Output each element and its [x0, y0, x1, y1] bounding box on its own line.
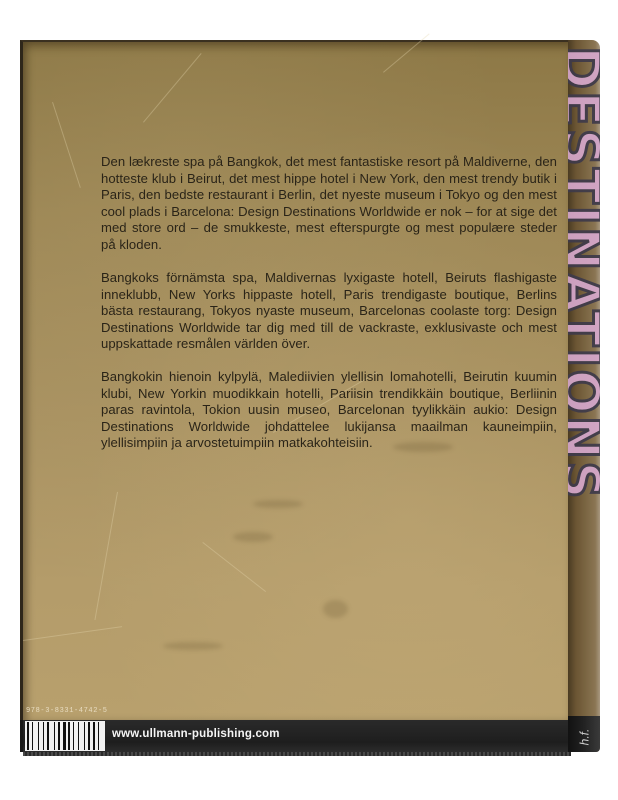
isbn-number: 978-3-8331-4742-5 [26, 707, 108, 715]
spine: DESTINATIONS h.f. [568, 40, 600, 752]
blurb-danish: Den lækreste spa på Bangkok, det mest fa… [101, 154, 557, 254]
barcode-bar [30, 722, 31, 750]
barcode-bar [71, 722, 72, 750]
scratch-mark [202, 542, 266, 592]
barcode-bar [86, 722, 87, 750]
barcode-bar [47, 722, 49, 750]
barcode-bar [96, 722, 97, 750]
barcode-bar [73, 722, 74, 750]
barcode-bar [91, 722, 92, 750]
spine-publisher-logo: h.f. [577, 729, 591, 746]
barcode-bar [58, 722, 60, 750]
blurb-swedish: Bangkoks förnämsta spa, Maldivernas lyxi… [101, 270, 557, 353]
barcode-bar [34, 722, 37, 750]
scratch-mark [23, 626, 122, 641]
barcode-bar [80, 722, 83, 750]
barcode-bar [40, 722, 42, 750]
cover-surface: Den lækreste spa på Bangkok, det mest fa… [20, 40, 571, 722]
smudge-mark [253, 500, 303, 508]
barcode-bar [32, 722, 33, 750]
barcode-bar [38, 722, 39, 750]
book-back-cover: Den lækreste spa på Bangkok, det mest fa… [20, 40, 600, 758]
barcode-bar [56, 722, 57, 750]
barcode-bar [75, 722, 77, 750]
barcode-bar [67, 722, 68, 750]
barcode-bar [93, 722, 95, 750]
barcode-bar [43, 722, 44, 750]
blurb-finnish: Bangkokin hienoin kylpylä, Malediivien y… [101, 369, 557, 452]
barcode-bar [100, 722, 103, 750]
barcode-bar [50, 722, 53, 750]
publisher-website: www.ullmann-publishing.com [112, 728, 280, 740]
smudge-mark [323, 600, 348, 618]
barcode-bar [78, 722, 79, 750]
smudge-mark [163, 642, 223, 650]
barcode-bar [88, 722, 90, 750]
barcode-bar [54, 722, 55, 750]
bottom-band-edge [23, 752, 571, 756]
barcode-bar [84, 722, 85, 750]
barcode-icon [25, 721, 105, 751]
scratch-mark [143, 53, 202, 123]
spine-title: DESTINATIONS [568, 46, 600, 501]
barcode-bar [68, 722, 70, 750]
smudge-mark [233, 532, 273, 542]
scratch-mark [94, 492, 118, 620]
scratch-mark [52, 102, 81, 188]
barcode-bar [63, 722, 66, 750]
barcode-bar [27, 722, 29, 750]
barcode-bar [61, 722, 62, 750]
scratch-mark [383, 33, 430, 72]
barcode-bar [45, 722, 46, 750]
barcode-bar [98, 722, 99, 750]
